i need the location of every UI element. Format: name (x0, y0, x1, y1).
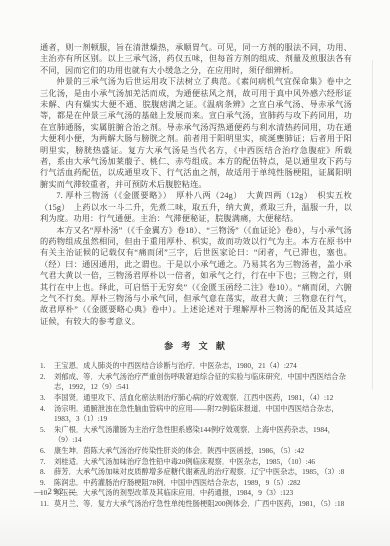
reference-text: 莫月兰、等．复方大承气汤治疗急性单纯性肠梗阻200例体会．广西中医药，1981，… (54, 499, 352, 510)
reference-text: 王宝恩．成人肺炎的中西医结合诊断与治疗．中医杂志，1980，21（4）:274 (54, 361, 352, 372)
reference-number: 4. (40, 404, 54, 425)
reference-number: 6. (40, 446, 54, 457)
reference-text: 陈润忠．中药灌肠治疗肠梗阻78例．中国中西医结合杂志，1989，9（5）:282 (54, 478, 352, 489)
references-list: 1.王宝恩．成人肺炎的中西医结合诊断与治疗．中医杂志，1980，21（4）:27… (40, 361, 352, 509)
reference-number: 3. (40, 393, 54, 404)
reference-item: 11.莫月兰、等．复方大承气汤治疗急性单纯性肠梗阻200例体会．广西中医药，19… (40, 499, 352, 510)
reference-text: 刘桂适．大承气汤加味治疗急性铅中毒20例临床观察．中医杂志，1985，（10）:… (54, 457, 352, 468)
reference-text: 刘郁成、等．大承气汤治疗严重创伤呼吸窘迫综合征的实验与临床研究．中国中西医结合杂… (54, 372, 352, 393)
body-text: 通者，则一剂顿服，旨在清泄燥热，承顺胃气。可见，同一方剂的服法不同，功用、主治亦… (40, 42, 352, 327)
reference-number: 2. (40, 372, 54, 393)
paragraph: 本方又名“厚朴汤”（《千金翼方》卷18）、“三物汤”（《血证论》卷8），与小承气… (40, 225, 352, 328)
paragraph: 仲景的三承气汤为后世运用攻下法树立了典范。《素问病机气宜保命集》卷中之三化汤，是… (40, 76, 352, 190)
references-header: 参 考 文 献 (40, 339, 352, 352)
reference-item: 2.刘郁成、等．大承气汤治疗严重创伤呼吸窘迫综合征的实验与临床研究．中国中西医结… (40, 372, 352, 393)
page-number: — 292 — (34, 486, 79, 496)
scanned-book-page: 通者，则一剂顿服，旨在清泄燥热，承顺胃气。可见，同一方剂的服法不同，功用、主治亦… (0, 0, 390, 546)
reference-item: 7.刘桂适．大承气汤加味治疗急性铅中毒20例临床观察．中医杂志，1985，（10… (40, 457, 352, 468)
reference-number: 8. (40, 467, 54, 478)
scan-artifact-right-edge (372, 60, 373, 390)
reference-text: 康生坤．茵陈大承气汤治疗传染性肝炎的体会．陕西中医函授，1986，（5）:42 (54, 446, 352, 457)
reference-text: 朱广根．大承气汤灌肠为主治疗急性胆系感染144例疗效观察．上海中医药杂志，198… (54, 425, 352, 446)
reference-number: 1. (40, 361, 54, 372)
reference-item: 1.王宝恩．成人肺炎的中西医结合诊断与治疗．中医杂志，1980，21（4）:27… (40, 361, 352, 372)
reference-item: 3.李国贤．通里攻下、活血化瘀法则治疗肺心病的疗效观察．江西中医药，1981，（… (40, 393, 352, 404)
reference-item: 4.汤宗明．通腑泄浊在急性脑血管病中的应用——附72例临床报道．中国中西医结合杂… (40, 404, 352, 425)
reference-text: 李国贤．通里攻下、活血化瘀法则治疗肺心病的疗效观察．江西中医药，1981，（4）… (54, 393, 352, 404)
reference-item: 10.项玉民．大承气汤的剂型改革及其临床应用．中药通报，1984，9（3）:12… (40, 488, 352, 499)
paragraph: 通者，则一剂顿服，旨在清泄燥热，承顺胃气。可见，同一方剂的服法不同，功用、主治亦… (40, 42, 352, 76)
reference-item: 6.康生坤．茵陈大承气汤治疗传染性肝炎的体会．陕西中医函授，1986，（5）:4… (40, 446, 352, 457)
reference-item: 9.陈润忠．中药灌肠治疗肠梗阻78例．中国中西医结合杂志，1989，9（5）:2… (40, 478, 352, 489)
reference-text: 薛芳．大承气汤加味对皮质醇增多症糖代谢紊乱的治疗观察．辽宁中医杂志，1985，（… (54, 467, 352, 478)
paragraph: 7. 厚朴三物汤（《金匮要略》） 厚朴八两（24g） 大黄四两（12g） 枳实五… (40, 190, 352, 224)
reference-item: 5.朱广根．大承气汤灌肠为主治疗急性胆系感染144例疗效观察．上海中医药杂志，1… (40, 425, 352, 446)
page-content: 通者，则一剂顿服，旨在清泄燥热，承顺胃气。可见，同一方剂的服法不同，功用、主治亦… (40, 42, 352, 509)
reference-text: 项玉民．大承气汤的剂型改革及其临床应用．中药通报，1984，9（3）:123 (54, 488, 352, 499)
reference-number: 5. (40, 425, 54, 446)
reference-text: 汤宗明．通腑泄浊在急性脑血管病中的应用——附72例临床报道．中国中西医结合杂志，… (54, 404, 352, 425)
scan-artifact-bottom-band (0, 506, 390, 546)
reference-item: 8.薛芳．大承气汤加味对皮质醇增多症糖代谢紊乱的治疗观察．辽宁中医杂志，1985… (40, 467, 352, 478)
reference-number: 11. (40, 499, 54, 510)
reference-number: 7. (40, 457, 54, 468)
